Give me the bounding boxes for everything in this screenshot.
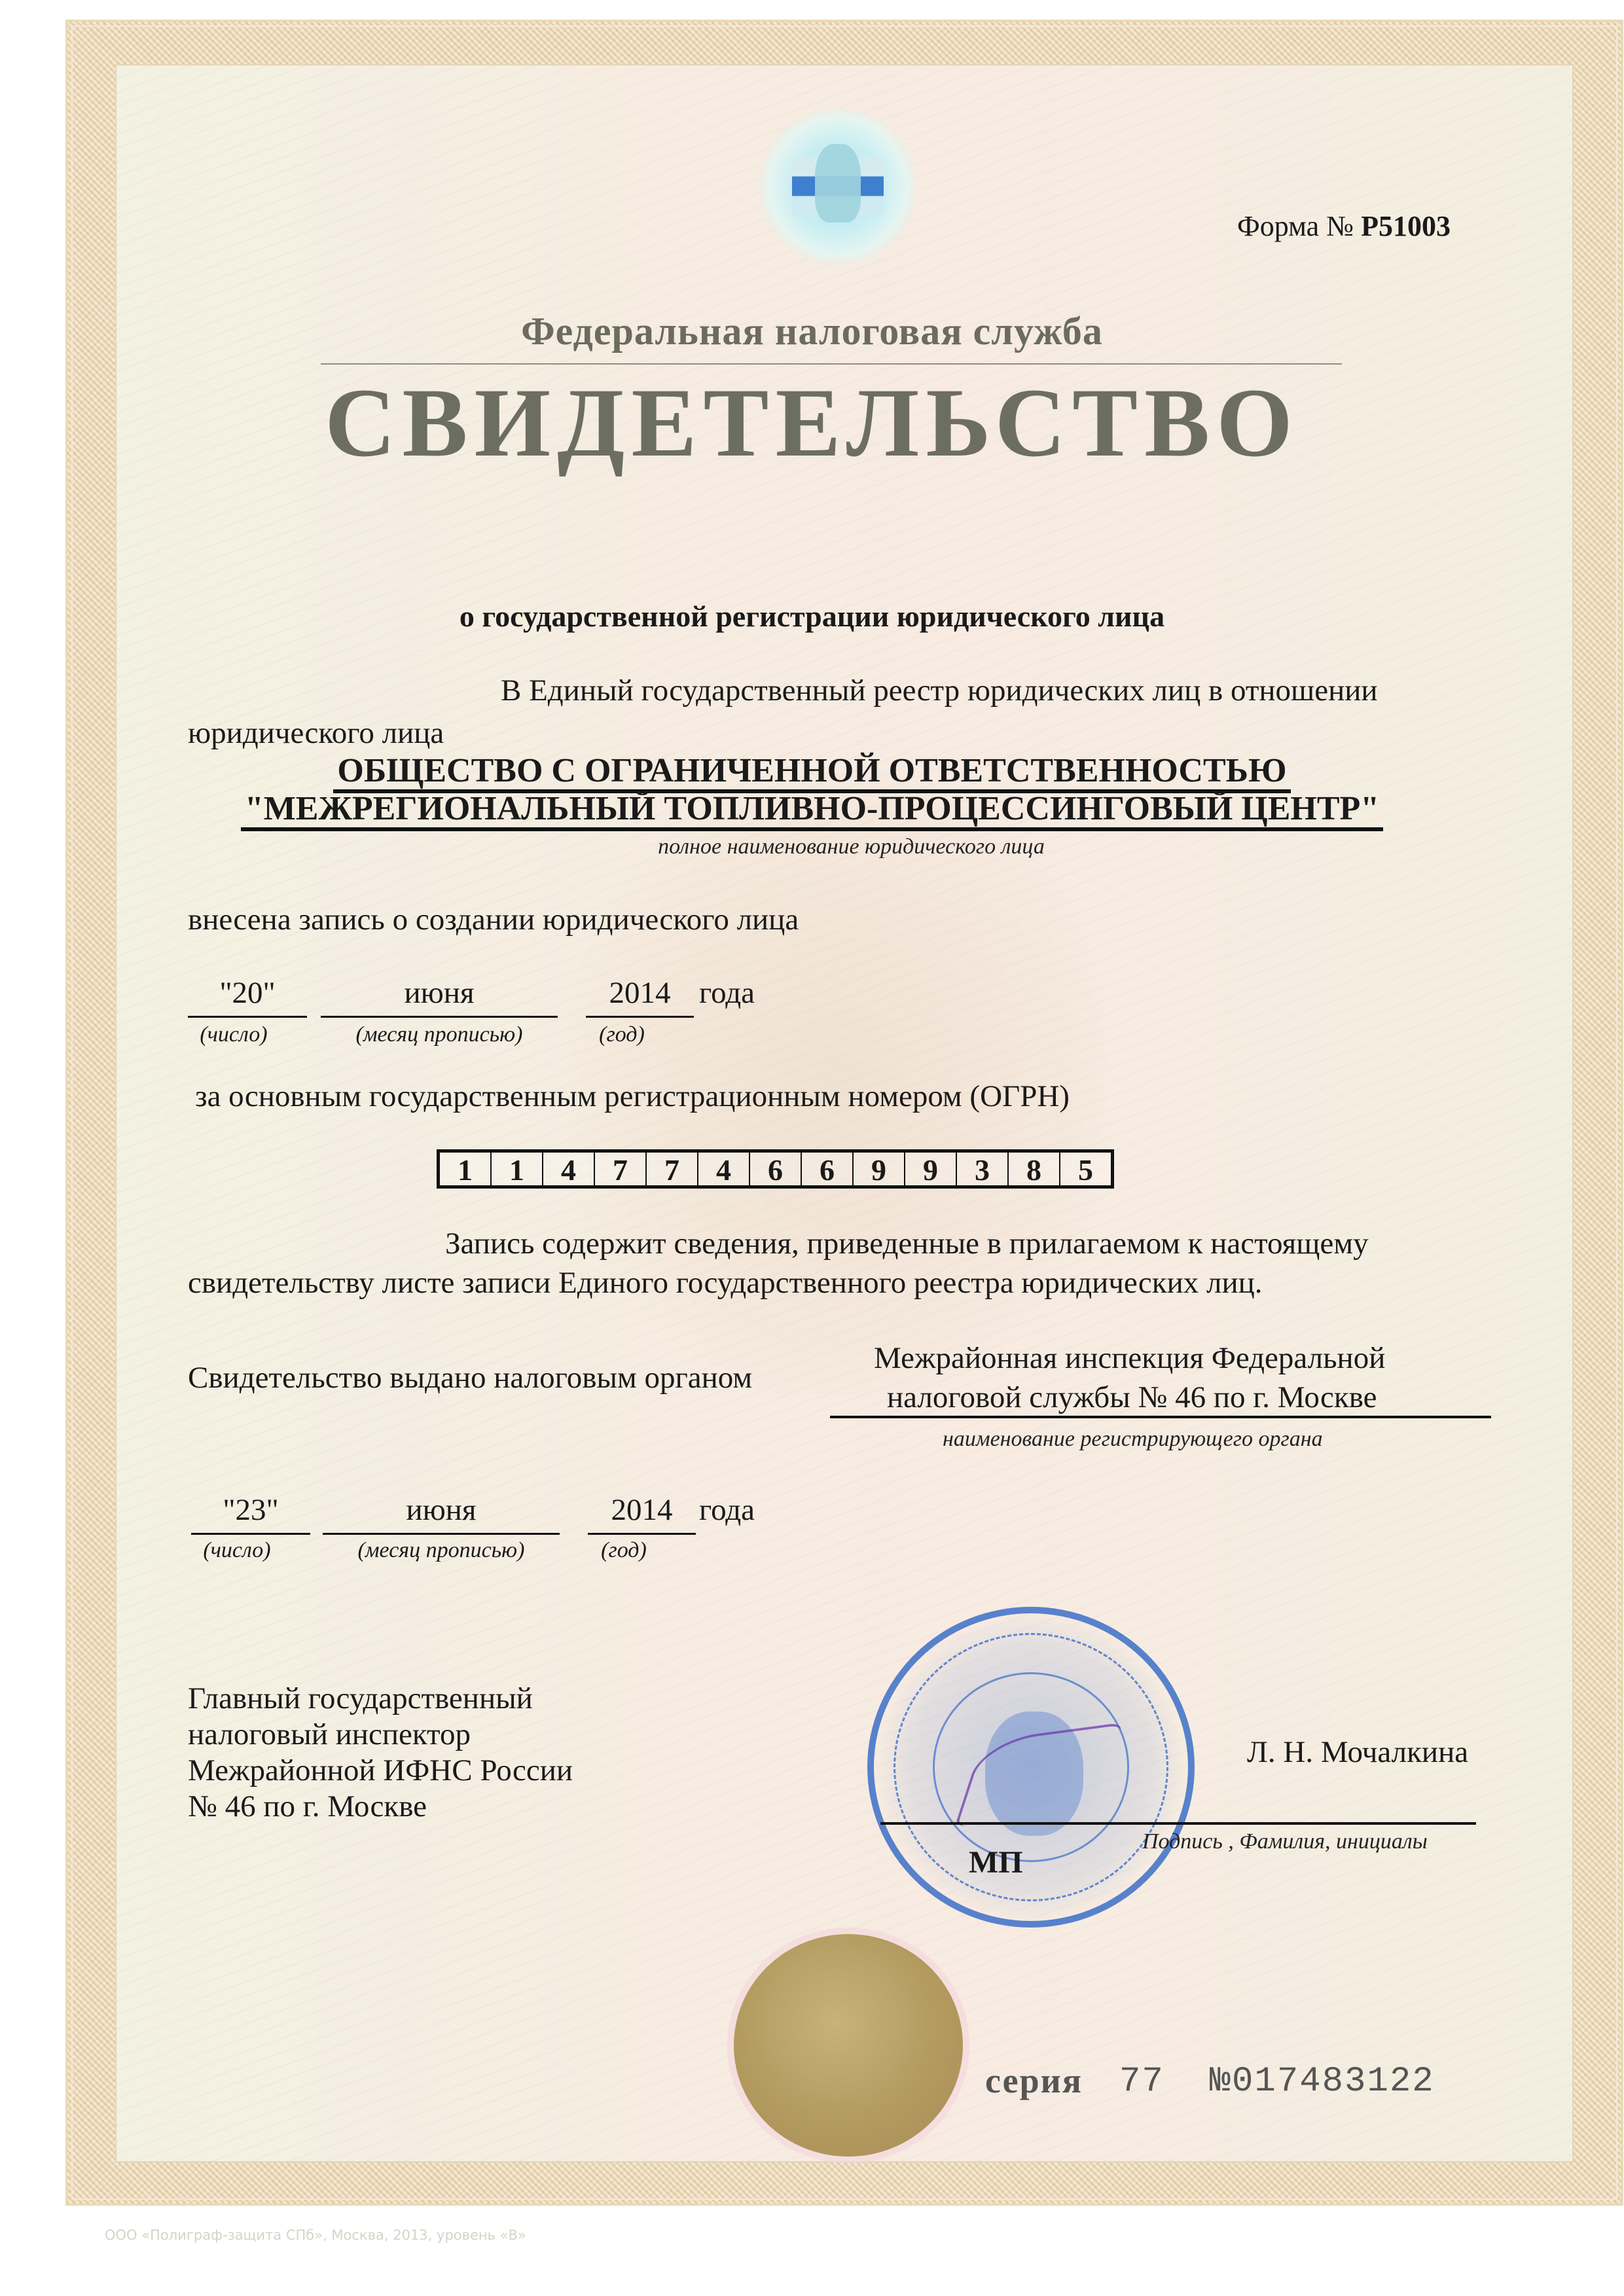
gold-seal-icon (734, 1934, 963, 2157)
series-label: серия (985, 2060, 1083, 2101)
signatory-position-line-2: налоговый инспектор (188, 1717, 471, 1752)
signatory-position-line-3: Межрайонной ИФНС России (188, 1753, 573, 1788)
record-date-month-caption: (месяц прописью) (321, 1022, 558, 1047)
issuer-name-line-1: Межрайонная инспекция Федеральной (874, 1340, 1385, 1376)
ogrn-digit: 8 (1009, 1153, 1060, 1185)
signatory-position-line-1: Главный государственный (188, 1681, 533, 1716)
form-number: Форма № Р51003 (1237, 209, 1451, 243)
ogrn-digit: 6 (802, 1153, 854, 1185)
issue-date-year-caption: (год) (588, 1538, 660, 1563)
issue-date-suffix: года (699, 1492, 755, 1528)
issuer-label: Свидетельство выдано налоговым органом (188, 1360, 752, 1395)
form-number-value: Р51003 (1361, 210, 1451, 242)
form-number-prefix: Форма № (1237, 210, 1354, 242)
series-code: 77 (1119, 2062, 1164, 2102)
ogrn-digit: 3 (957, 1153, 1009, 1185)
ogrn-digit: 7 (647, 1153, 698, 1185)
issue-date-day-caption: (число) (191, 1538, 283, 1563)
ogrn-digit: 4 (543, 1153, 595, 1185)
issue-date-month-caption: (месяц прописью) (323, 1538, 560, 1563)
record-date-month: июня (321, 975, 558, 1018)
signature-line (880, 1822, 1476, 1825)
sheet-text-line-2: свидетельству листе записи Единого госуд… (188, 1265, 1263, 1300)
record-date-year-caption: (год) (586, 1022, 658, 1047)
issue-date-day: "23" (191, 1492, 310, 1535)
ogrn-digit: 4 (698, 1153, 750, 1185)
ogrn-digit: 5 (1060, 1153, 1111, 1185)
signatory-name: Л. Н. Мочалкина (1247, 1734, 1468, 1770)
issuer-caption: наименование регистрирующего органа (943, 1427, 1323, 1452)
ogrn-digit: 1 (492, 1153, 543, 1185)
ogrn-digit: 1 (440, 1153, 492, 1185)
agency-name: Федеральная налоговая служба (0, 309, 1624, 354)
company-name-line-2: "МЕЖРЕГИОНАЛЬНЫЙ ТОПЛИВНО-ПРОЦЕССИНГОВЫЙ… (0, 789, 1624, 828)
issuer-name-line-2: налоговой службы № 46 по г. Москве (887, 1380, 1377, 1415)
record-date-year: 2014 (586, 975, 694, 1018)
record-date-suffix: года (699, 975, 755, 1011)
official-stamp-icon (867, 1607, 1195, 1928)
fns-hologram-icon (759, 108, 916, 265)
ogrn-number-grid: 1 1 4 7 7 4 6 6 9 9 3 8 5 (437, 1149, 1114, 1189)
company-name-caption: полное наименование юридического лица (0, 834, 1624, 859)
ogrn-digit: 6 (750, 1153, 802, 1185)
intro-line-2: юридического лица (188, 715, 444, 751)
issuer-underline (830, 1416, 1491, 1418)
eagle-emblem-icon (815, 144, 861, 223)
ogrn-digit: 9 (905, 1153, 957, 1185)
ogrn-digit: 7 (595, 1153, 647, 1185)
certificate-number: №017483122 (1210, 2062, 1435, 2102)
intro-line-1: В Единый государственный реестр юридичес… (501, 673, 1378, 708)
record-text: внесена запись о создании юридического л… (188, 902, 799, 937)
sheet-text-line-1: Запись содержит сведения, приведенные в … (445, 1226, 1369, 1261)
document-subtitle: о государственной регистрации юридическо… (0, 599, 1624, 634)
stamp-place-label: МП (969, 1844, 1023, 1880)
document-title: СВИДЕТЕЛЬСТВО (0, 367, 1624, 479)
issue-date-month: июня (323, 1492, 560, 1535)
series-number: 77 №017483122 (1119, 2062, 1435, 2102)
header-divider (321, 363, 1342, 365)
company-name-line-1: ОБЩЕСТВО С ОГРАНИЧЕННОЙ ОТВЕТСТВЕННОСТЬЮ (0, 751, 1624, 790)
printer-imprint: ООО «Полиграф-защита СПб», Москва, 2013,… (105, 2227, 526, 2243)
ogrn-label: за основным государственным регистрацион… (195, 1079, 1070, 1114)
signatory-position-line-4: № 46 по г. Москве (188, 1789, 427, 1824)
signature-caption: Подпись , Фамилия, инициалы (1142, 1829, 1428, 1854)
issue-date-year: 2014 (588, 1492, 696, 1535)
record-date-day: "20" (188, 975, 307, 1018)
ogrn-digit: 9 (854, 1153, 905, 1185)
record-date-day-caption: (число) (188, 1022, 280, 1047)
